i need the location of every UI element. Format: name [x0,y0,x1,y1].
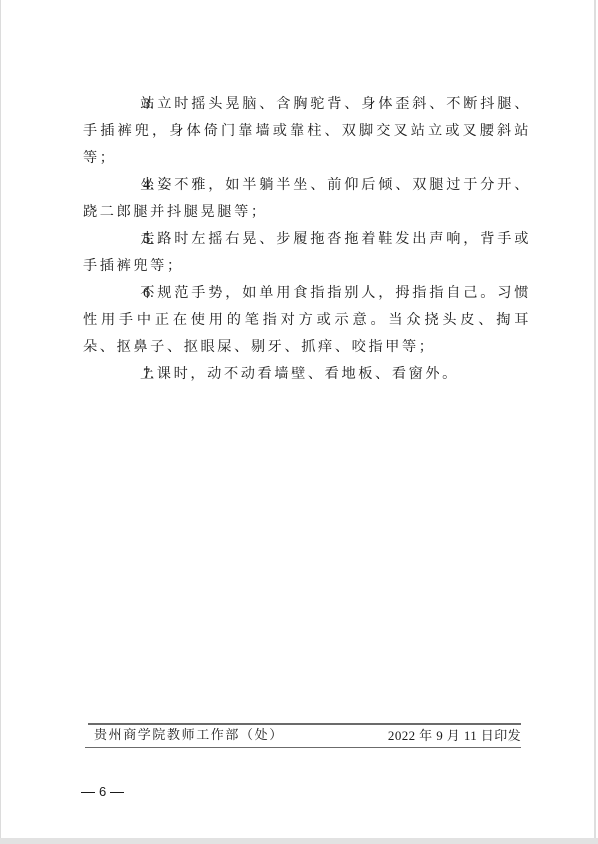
paragraph-number: 4. [113,172,140,199]
issuer-name: 贵州商学院教师工作部（处） [94,727,284,744]
paragraph-number: 3. [113,91,140,118]
page-number: 6 [81,784,124,800]
document-page: 3.站立时摇头晃脑、含胸驼背、身体歪斜、不断抖腿、手插裤兜，身体倚门靠墙或靠柱、… [0,0,596,838]
issuance-footer: 贵州商学院教师工作部（处） 2022 年 9 月 11 日印发 [85,723,521,748]
paragraph-item-6: 6.不规范手势，如单用食指指别人，拇指指自己。习惯性用手中正在使用的笔指对方或示… [83,280,531,361]
paragraph-text: 走路时左摇右晃、步履拖沓拖着鞋发出声响，背手或手插裤兜等； [83,231,531,274]
footer-bottom-rule [85,747,521,749]
page-bottom-shadow [0,838,598,844]
page-number-dash-right [110,792,124,793]
footer-top-rule [88,723,521,725]
paragraph-item-4: 4.坐姿不雅，如半躺半坐、前仰后倾、双腿过于分开、跷二郎腿并抖腿晃腿等； [83,172,531,226]
document-body: 3.站立时摇头晃脑、含胸驼背、身体歪斜、不断抖腿、手插裤兜，身体倚门靠墙或靠柱、… [83,91,531,388]
paragraph-item-5: 5.走路时左摇右晃、步履拖沓拖着鞋发出声响，背手或手插裤兜等； [83,226,531,280]
paragraph-number: 6. [113,280,140,307]
page-number-value: 6 [99,784,106,800]
paragraph-text: 坐姿不雅，如半躺半坐、前仰后倾、双腿过于分开、跷二郎腿并抖腿晃腿等； [83,177,531,220]
paragraph-text: 上课时，动不动看墙壁、看地板、看窗外。 [140,366,459,382]
issue-date: 2022 年 9 月 11 日印发 [388,727,521,744]
paragraph-text: 站立时摇头晃脑、含胸驼背、身体歪斜、不断抖腿、手插裤兜，身体倚门靠墙或靠柱、双脚… [83,96,531,166]
paragraph-item-7: 7.上课时，动不动看墙壁、看地板、看窗外。 [83,361,531,388]
paragraph-item-3: 3.站立时摇头晃脑、含胸驼背、身体歪斜、不断抖腿、手插裤兜，身体倚门靠墙或靠柱、… [83,91,531,172]
page-number-dash-left [81,792,95,793]
paragraph-number: 5. [113,226,140,253]
paragraph-number: 7. [113,361,140,388]
paragraph-text: 不规范手势，如单用食指指别人，拇指指自己。习惯性用手中正在使用的笔指对方或示意。… [83,285,531,355]
